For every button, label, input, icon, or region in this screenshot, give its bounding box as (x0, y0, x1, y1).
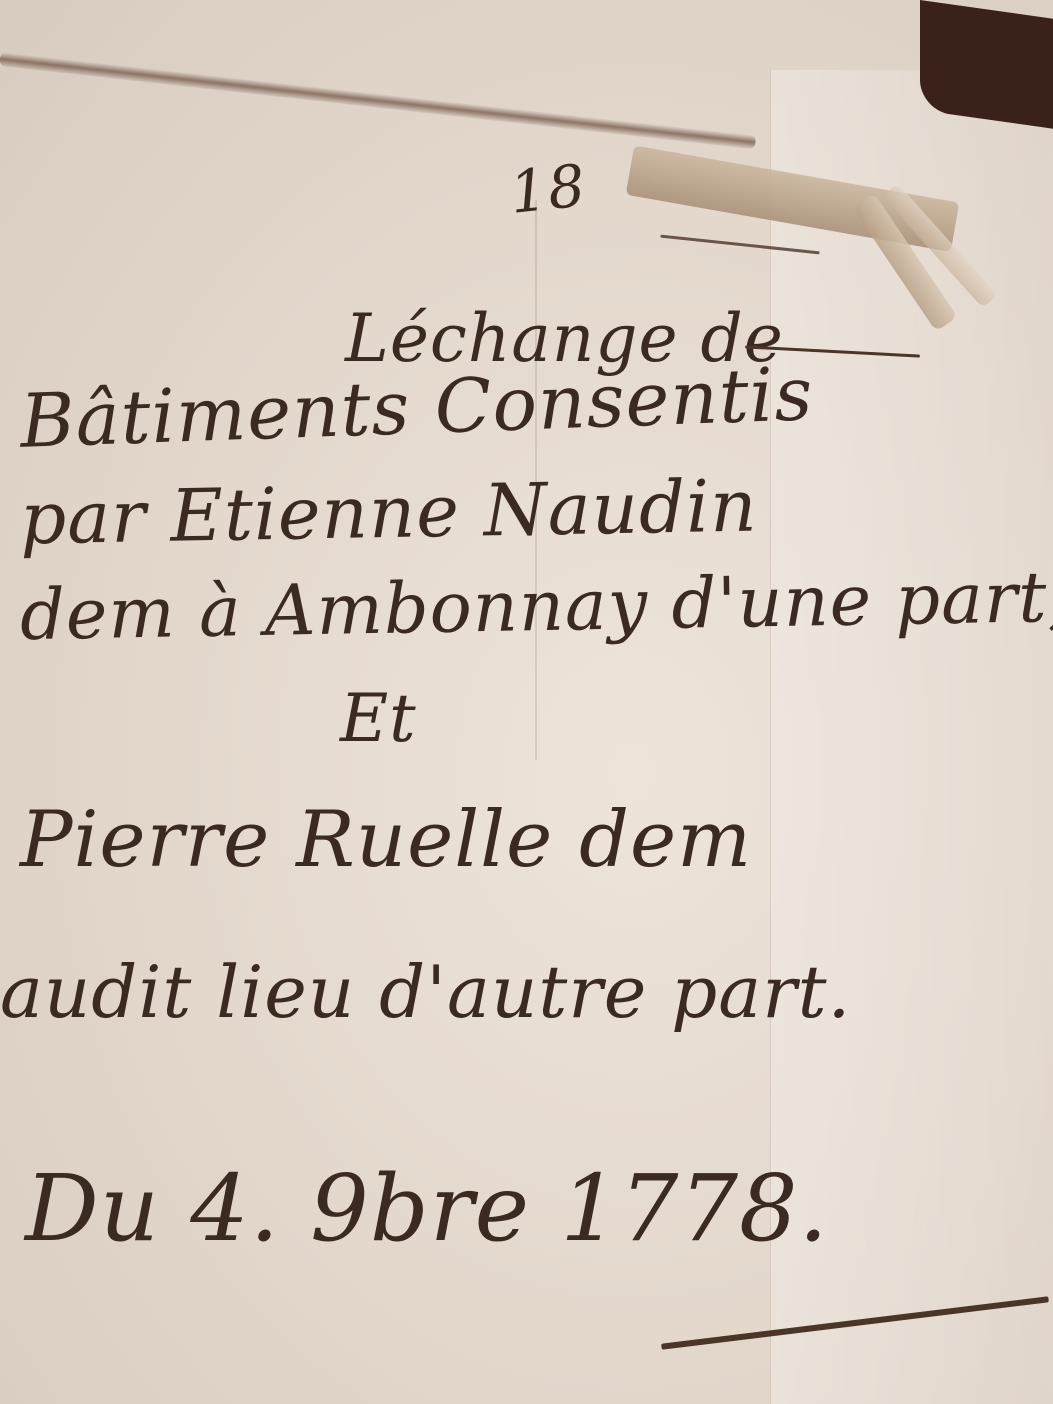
date-line: Du 4. 9bre 1778. (25, 1155, 829, 1262)
paper-page: 18 Léchange de Bâtiments Consentis par E… (0, 0, 1053, 1404)
text-line-autre-part: audit lieu d'autre part. (0, 950, 851, 1034)
text-line-batiments: Bâtiments Consentis (19, 351, 815, 465)
dark-background-corner (920, 0, 1053, 129)
text-line-party-one: par Etienne Naudin (19, 464, 758, 561)
folio-number: 18 (507, 151, 590, 227)
text-line-party-two: Pierre Ruelle dem (20, 795, 752, 885)
text-line-et: Et (340, 680, 417, 757)
top-crease (0, 52, 756, 149)
